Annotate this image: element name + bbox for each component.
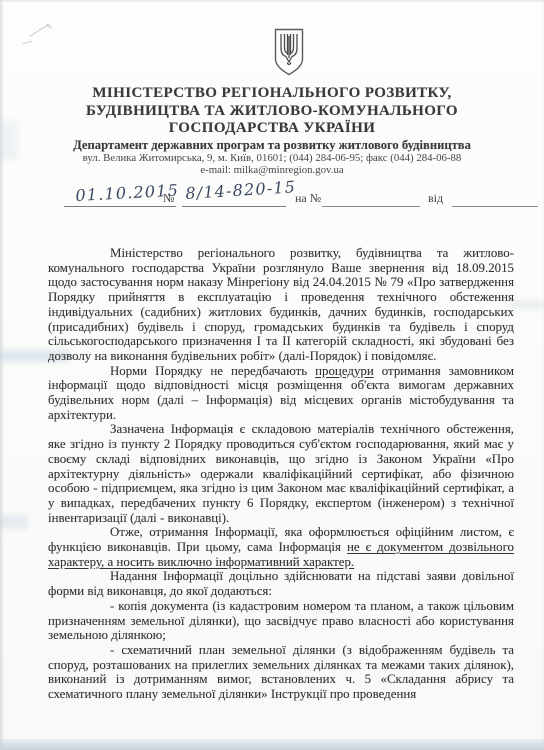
- scan-smudge: [0, 515, 28, 529]
- department-title: Департамент державних програм та розвитк…: [0, 138, 544, 153]
- reply-to-label: на №: [295, 191, 321, 206]
- ministry-title-line2: БУДІВНИЦТВА ТА ЖИТЛОВО-КОМУНАЛЬНОГО: [0, 103, 544, 121]
- email-line: e-mail: milka@minregion.gov.ua: [0, 164, 544, 176]
- paragraph-text: Надання Інформації доцільно здійснювати …: [48, 569, 514, 598]
- ukraine-trident-emblem-icon: [274, 28, 304, 81]
- body-paragraph: - копія документа (із кадастровим номеро…: [48, 599, 514, 643]
- reply-to-underline: [322, 186, 420, 207]
- body-paragraph: Норми Порядку не передбачають процедури …: [48, 364, 514, 423]
- paragraph-text: Норми Порядку не передбачають: [110, 364, 315, 378]
- reference-line: 01.10.2015 № 8/14-820-15 на № від: [0, 184, 544, 214]
- underlined-text: процедури: [315, 364, 374, 378]
- ministry-title: МІНІСТЕРСТВО РЕГІОНАЛЬНОГО РОЗВИТКУ, БУД…: [0, 85, 544, 138]
- document-page: МІНІСТЕРСТВО РЕГІОНАЛЬНОГО РОЗВИТКУ, БУД…: [0, 0, 544, 750]
- body-text: Міністерство регіонального розвитку, буд…: [48, 246, 514, 702]
- body-paragraph: Міністерство регіонального розвитку, буд…: [48, 246, 514, 364]
- scan-smudge: [510, 300, 544, 309]
- paragraph-text: Міністерство регіонального розвитку, буд…: [48, 246, 514, 363]
- pencil-mark: [22, 41, 32, 45]
- ministry-title-line1: МІНІСТЕРСТВО РЕГІОНАЛЬНОГО РОЗВИТКУ,: [0, 85, 544, 103]
- from-underline: [452, 186, 538, 207]
- paragraph-text: - копія документа (із кадастровим номеро…: [48, 599, 514, 642]
- from-label: від: [428, 191, 443, 206]
- pencil-mark: [46, 23, 52, 28]
- body-paragraph: - схематичний план земельної ділянки (з …: [48, 643, 514, 702]
- body-paragraph: Зазначена Інформація є складовою матеріа…: [48, 422, 514, 525]
- body-paragraph: Надання Інформації доцільно здійснювати …: [48, 569, 514, 598]
- paragraph-text: - схематичний план земельної ділянки (з …: [48, 643, 514, 701]
- ministry-title-line3: ГОСПОДАРСТВА УКРАЇНИ: [0, 120, 544, 138]
- paragraph-text: Зазначена Інформація є складовою матеріа…: [48, 422, 514, 524]
- number-sign-label: №: [163, 191, 174, 206]
- address-line: вул. Велика Житомирська, 9, м. Київ, 016…: [0, 152, 544, 164]
- body-paragraph: Отже, отримання Інформації, яка оформлює…: [48, 525, 514, 569]
- pencil-mark: [29, 24, 48, 37]
- scan-bottom-shadow: [0, 739, 544, 750]
